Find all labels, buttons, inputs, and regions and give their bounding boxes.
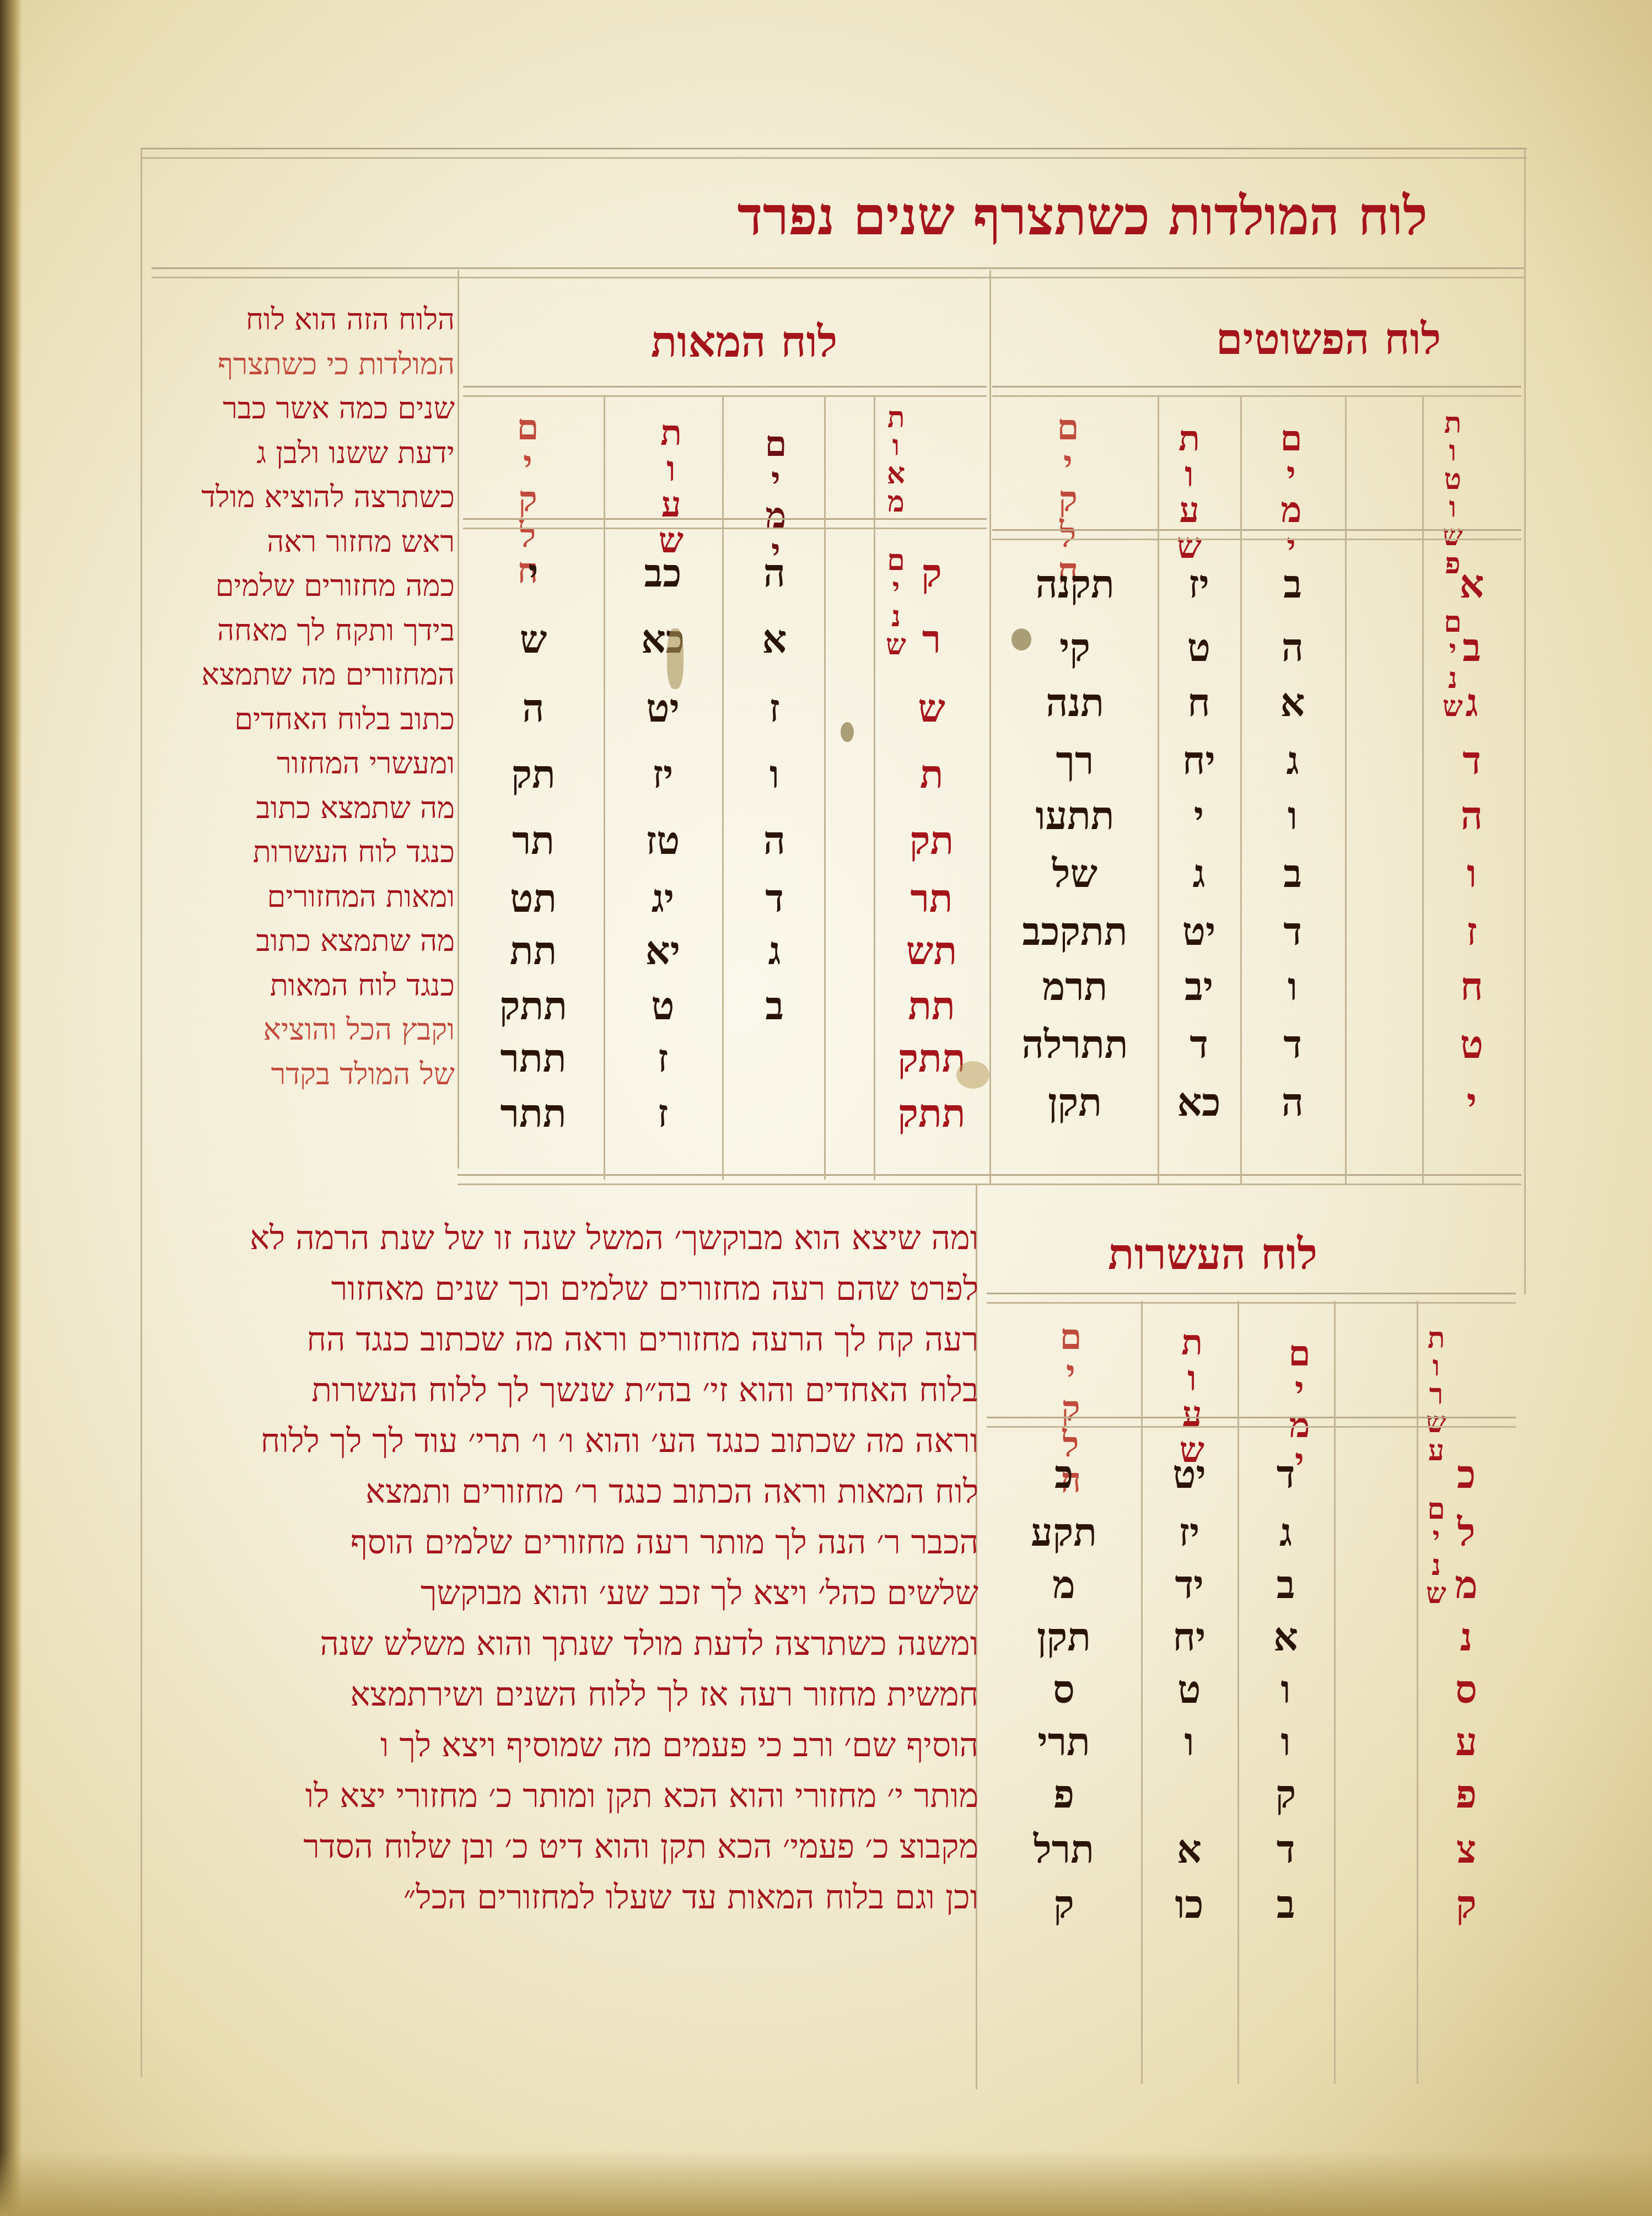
cell-parts: ה	[463, 685, 604, 732]
paragraph-line: וראה מה שכתוב כנגד הע׳ והוא ו׳ ו׳ תרי׳ ע…	[146, 1416, 978, 1466]
side-note-line: המולדות כי כשתצרף	[146, 342, 455, 387]
cell-days: ו	[722, 751, 827, 798]
side-note-line: שנים כמה אשר כבר	[146, 386, 455, 431]
ink-blot	[1011, 628, 1031, 650]
cell-hours: כב	[604, 550, 722, 596]
paragraph-line: הכבר ר׳ הנה לך מותר רעה מחזורים שלמים הו…	[146, 1517, 978, 1568]
side-note-line: הלוח הזה הוא לוח	[146, 298, 455, 342]
cell-parts: תקנה	[992, 561, 1158, 607]
row-label: ק	[876, 550, 987, 596]
paragraph-line: מקבוצ כ׳ פעמי׳ הכא תקן והוא דיט כ׳ ובן ש…	[146, 1821, 978, 1872]
col-header-hours: שעות	[1171, 419, 1207, 562]
cell-hours: כו	[1141, 1881, 1237, 1928]
paragraph-line: ומה שיצא הוא מבוקשך׳ המשל שנה זו של שנת …	[146, 1213, 978, 1263]
side-note-line: וקבץ הכל והוציא	[146, 1008, 455, 1052]
side-note-line: ראש מחזור ראה	[146, 520, 455, 564]
cell-days: א	[722, 616, 827, 663]
cell-hours: יז	[604, 751, 722, 798]
cell-days: ז	[722, 685, 827, 732]
side-note: הלוח הזה הוא לוח המולדות כי כשתצרף שנים …	[146, 298, 455, 1096]
cell-days: ב	[1237, 1881, 1334, 1928]
left-frame-line	[141, 148, 142, 2077]
side-note-line: כתוב בלוח האחדים	[146, 697, 455, 742]
row-label: תתק	[876, 1090, 987, 1137]
page-binding-edge	[0, 0, 22, 2216]
side-note-line: ידעת ששנו ולבן ג	[146, 431, 455, 476]
table-divider	[989, 270, 991, 1185]
cell-hours: יט	[604, 685, 722, 732]
side-note-line: בידך ותקח לך מאחה	[146, 609, 455, 653]
row-label: י	[1422, 1079, 1521, 1126]
table-title: לוח הפשוטים	[1169, 314, 1488, 364]
title-ruling	[152, 267, 1524, 278]
cell-hours: כא	[1158, 1079, 1240, 1126]
paragraph-line: מותר י׳ מחזורי והוא הכא תקן ומותר כ׳ מחז…	[146, 1771, 978, 1821]
bottom-paragraph: ומה שיצא הוא מבוקשך׳ המשל שנה זו של שנת …	[146, 1213, 978, 1923]
row-label: א	[1422, 561, 1521, 607]
side-note-line: המחזורים מה שתמצא	[146, 653, 455, 697]
paragraph-line: חמשית מחזור רעה אז לך ללוח השנים ושירתמצ…	[146, 1669, 978, 1720]
page-title: לוח המולדות כשתצרף שנים נפרד	[733, 185, 1428, 247]
row-label: ק	[1417, 1881, 1516, 1928]
cell-hours: ז	[604, 1090, 722, 1137]
paragraph-line: רעה קח לך הרעה מחזורים וראה מה שכתוב כנג…	[146, 1314, 978, 1365]
page-bottom-stain	[0, 2150, 1652, 2216]
header-bottom-ruling	[992, 529, 1521, 540]
paragraph-line: ומשנה כשתרצה לדעת מולד שנתך והוא משלש שנ…	[146, 1618, 978, 1669]
cell-days: ה	[1240, 1079, 1345, 1126]
side-note-line: מה שתמצא כתוב	[146, 919, 455, 964]
table-row: תתק ז תתר	[463, 1072, 987, 1155]
header-bottom-ruling	[987, 1417, 1516, 1428]
side-note-line: ומעשרי המחזור	[146, 741, 455, 786]
ink-blot	[841, 722, 854, 742]
cell-days: ב	[1240, 561, 1345, 607]
paragraph-line: לוח המאות וראה הכתוב כנגד ר׳ מחזורים ותמ…	[146, 1466, 978, 1517]
top-ruling	[141, 148, 1527, 159]
col-header-days: ימים	[1273, 419, 1309, 562]
side-note-line: ומאות המחזורים	[146, 875, 455, 919]
right-frame-line	[1524, 148, 1526, 1294]
row-label: ר	[876, 616, 987, 663]
side-note-line: כמה מחזורים שלמים	[146, 564, 455, 609]
side-note-line: כנגד לוח המאות	[146, 964, 455, 1008]
side-note-line: כשתרצה להוציא מולד	[146, 475, 455, 520]
side-note-line: מה שתמצא כתוב	[146, 786, 455, 831]
paragraph-line: וכן וגם בלוח המאות עד שעלו למחזורים הכל״	[146, 1872, 978, 1923]
paragraph-line: לפרט שהם רעה מחזורים שלמים וכך שנים מאחז…	[146, 1263, 978, 1314]
table-row: י ה כא תקן	[992, 1061, 1521, 1144]
side-note-line: של המולד בקדר	[146, 1052, 455, 1097]
header-bottom-ruling	[463, 518, 987, 529]
paragraph-line: בלוח האחדים והוא זי׳ בה״ת שנשך לך ללוח ה…	[146, 1365, 978, 1416]
table-row: ק ב כו ק	[987, 1863, 1516, 1946]
tables-bottom-ruling	[458, 1174, 1521, 1185]
cell-days: ה	[722, 550, 827, 596]
cell-parts: תתר	[463, 1090, 604, 1137]
cell-hours: יז	[1158, 561, 1240, 607]
cell-parts: ק	[987, 1881, 1141, 1928]
header-ruling	[987, 1293, 1516, 1304]
stain	[667, 628, 684, 689]
cell-parts: תקן	[992, 1079, 1158, 1126]
row-label: ת	[876, 751, 987, 798]
cell-parts: תק	[463, 751, 604, 798]
stain	[956, 1061, 989, 1089]
header-ruling	[463, 386, 987, 397]
row-label: ש	[876, 685, 987, 732]
header-ruling	[992, 386, 1521, 397]
sidenote-divider	[458, 270, 459, 1169]
side-note-line: כנגד לוח העשרות	[146, 830, 455, 875]
cell-parts: ש	[463, 616, 604, 663]
cell-parts: י	[463, 550, 604, 596]
paragraph-line: הוסיף שם׳ ורב כי פעמים מה שמוסיף ויצא לך…	[146, 1720, 978, 1771]
table-title: לוח העשרות	[1075, 1229, 1350, 1279]
cell-hours: כא	[604, 616, 722, 663]
table-title: לוח המאות	[606, 317, 882, 367]
paragraph-line: שלשים כהל׳ ויצא לך זכב שע׳ והוא מבוקשך	[146, 1568, 978, 1618]
